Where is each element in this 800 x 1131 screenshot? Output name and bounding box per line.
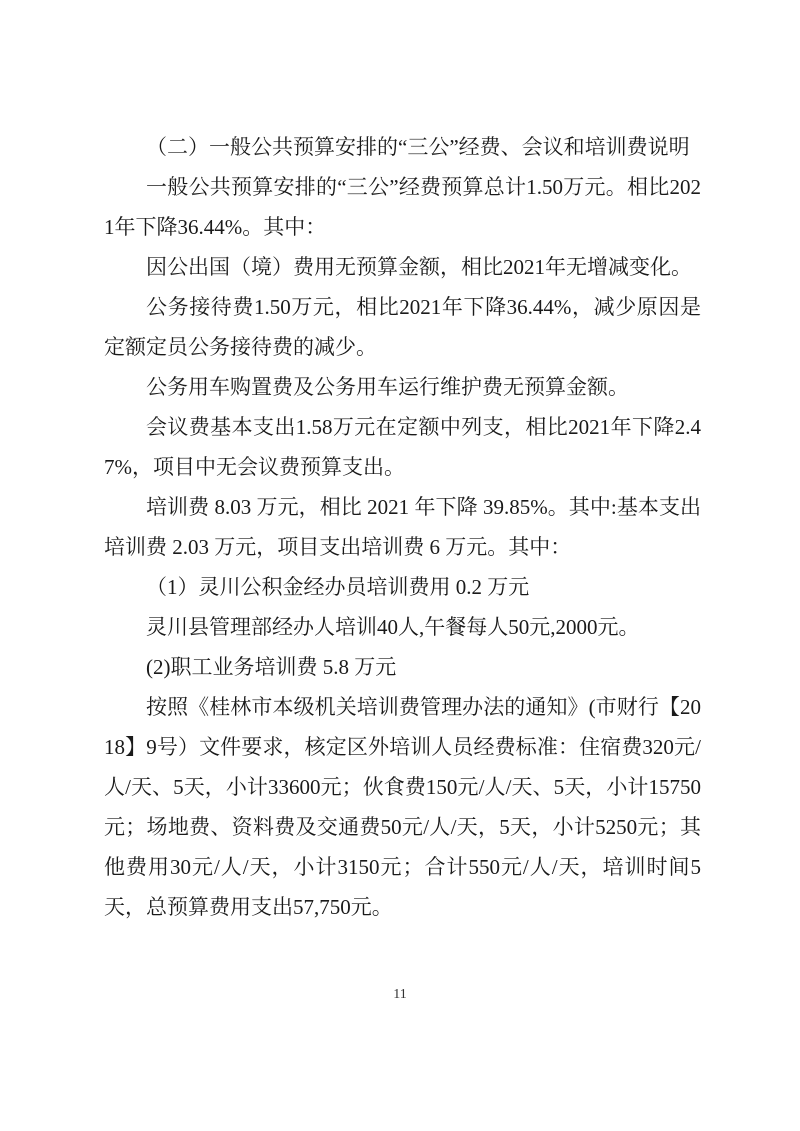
paragraph: 会议费基本支出1.58万元在定额中列支，相比2021年下降2.47%，项目中无会… — [104, 407, 701, 487]
page-footer: 11 — [0, 985, 800, 1003]
section-heading: （二）一般公共预算安排的“三公”经费、会议和培训费说明 — [104, 127, 701, 167]
paragraph: 公务用车购置费及公务用车运行维护费无预算金额。 — [104, 367, 701, 407]
paragraph: 一般公共预算安排的“三公”经费预算总计1.50万元。相比2021年下降36.44… — [104, 167, 701, 247]
paragraph: 灵川县管理部经办人培训40人,午餐每人50元,2000元。 — [104, 607, 701, 647]
list-item-1: （1）灵川公积金经办员培训费用 0.2 万元 — [104, 567, 701, 607]
paragraph: 按照《桂林市本级机关培训费管理办法的通知》(市财行【2018】9号）文件要求，核… — [104, 687, 701, 927]
paragraph: 公务接待费1.50万元，相比2021年下降36.44%，减少原因是定额定员公务接… — [104, 287, 701, 367]
document-body: （二）一般公共预算安排的“三公”经费、会议和培训费说明 一般公共预算安排的“三公… — [104, 127, 701, 927]
list-item-2: (2)职工业务培训费 5.8 万元 — [104, 647, 701, 687]
page-number: 11 — [393, 987, 406, 1002]
paragraph: 培训费 8.03 万元，相比 2021 年下降 39.85%。其中:基本支出培训… — [104, 487, 701, 567]
document-page: （二）一般公共预算安排的“三公”经费、会议和培训费说明 一般公共预算安排的“三公… — [0, 0, 800, 1131]
paragraph: 因公出国（境）费用无预算金额，相比2021年无增减变化。 — [104, 247, 701, 287]
